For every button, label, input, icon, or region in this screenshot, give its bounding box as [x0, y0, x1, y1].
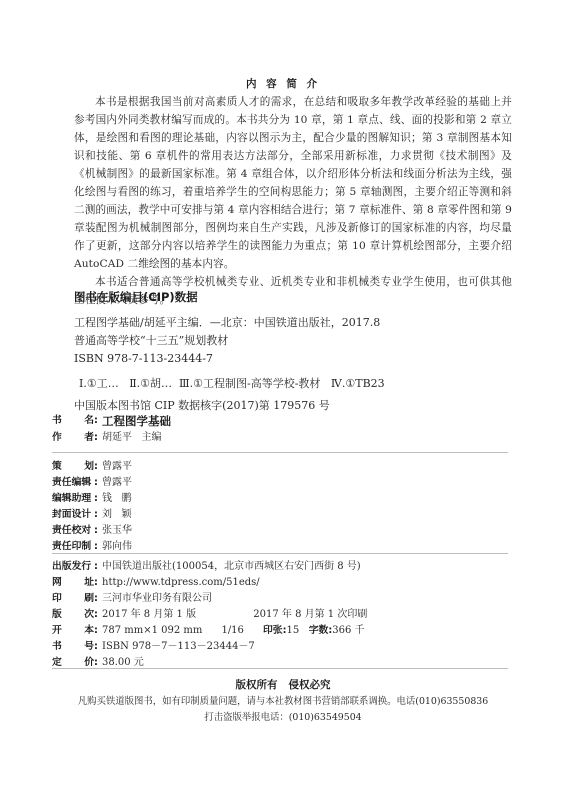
- book-title-label: 书名: [52, 413, 94, 429]
- editor-row-proofreader: 责任校对:张玉华: [52, 523, 132, 539]
- divider-rule-1: [52, 452, 508, 453]
- book-info: 书名:工程图学基础 作者:胡延平 主编: [52, 413, 171, 446]
- book-author-row: 作者:胡延平 主编: [52, 430, 171, 446]
- publication-info: 出版发行:中国铁道出版社(100054，北京市西城区右安门西街 8 号) 网址:…: [52, 559, 367, 671]
- editor-row-chief: 责任编辑:曾露平: [52, 475, 132, 491]
- book-title-row: 书名:工程图学基础: [52, 413, 171, 429]
- editor-credits: 策划:曾露平 责任编辑:曾露平 编辑助理:钱 鹏 封面设计:刘 颖 责任校对:张…: [52, 459, 132, 555]
- intro-paragraph-1: 本书是根据我国当前对高素质人才的需求，在总结和吸取多年教学改革经验的基础上并参考…: [74, 93, 512, 273]
- editor-row-planning: 策划:曾露平: [52, 459, 132, 475]
- book-title: 工程图学基础: [102, 413, 171, 429]
- cip-line-title: 工程图学基础/胡延平主编．—北京：中国铁道出版社，2017.8: [74, 314, 385, 332]
- intro-title: 内 容 简 介: [0, 76, 566, 91]
- editor-row-assistant: 编辑助理:钱 鹏: [52, 491, 132, 507]
- pub-row-printer: 印刷:三河市华业印务有限公司: [52, 591, 367, 607]
- pub-row-isbn: 书号:ISBN 978－7－113－23444－7: [52, 639, 367, 655]
- pub-row-publisher: 出版发行:中国铁道出版社(100054，北京市西城区右安门西街 8 号): [52, 559, 367, 575]
- copyright-heading: 版权所有 侵权必究: [0, 677, 566, 692]
- intro-body: 本书是根据我国当前对高素质人才的需求，在总结和吸取多年教学改革经验的基础上并参考…: [74, 93, 512, 309]
- divider-rule-2: [52, 553, 508, 554]
- copyright-service-line: 凡购买铁道版图书，如有印制质量问题，请与本社教材图书营销部联系调换。电话(010…: [0, 693, 566, 707]
- copyright-piracy-line: 打击盗版举报电话：(010)63549504: [0, 709, 566, 723]
- pub-row-edition: 版次:2017 年 8 月第 1 版 2017 年 8 月第 1 次印刷: [52, 607, 367, 623]
- editor-row-cover: 封面设计:刘 颖: [52, 507, 132, 523]
- pub-row-website: 网址:http://www.tdpress.com/51eds/: [52, 575, 367, 591]
- divider-rule-3: [52, 668, 508, 669]
- pub-row-format: 开本:787 mm×1 092 mm 1/16 印张:15 字数:366 千: [52, 623, 367, 639]
- publisher-url: http://www.tdpress.com/51eds/: [102, 575, 260, 591]
- cip-heading: 图书在版编目(CIP)数据: [74, 289, 198, 305]
- book-author-label: 作者: [52, 430, 94, 446]
- cip-classification: Ⅰ.①工… Ⅱ.①胡… Ⅲ.①工程制图-高等学校-教材 Ⅳ.①TB23: [79, 375, 385, 393]
- cip-block: 工程图学基础/胡延平主编．—北京：中国铁道出版社，2017.8 普通高等学校“十…: [74, 314, 385, 415]
- book-author: 胡延平 主编: [102, 430, 162, 446]
- cip-line-series: 普通高等学校“十三五”规划教材: [74, 332, 385, 350]
- cip-line-isbn: ISBN 978-7-113-23444-7: [74, 350, 385, 368]
